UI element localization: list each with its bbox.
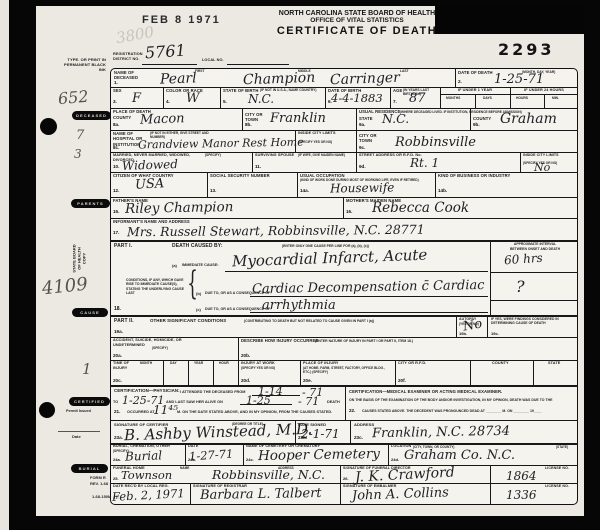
location-value: Graham Co. N.C. [404, 449, 515, 462]
divider-line [487, 315, 488, 337]
day-header: DAY [170, 361, 177, 365]
tab-deceased: DECEASED [72, 111, 111, 120]
funeral-home-name: Townson [121, 470, 172, 482]
divider-line [240, 404, 292, 405]
pod-county-label: COUNTY [113, 115, 131, 120]
occupation-item: 14a. [300, 189, 309, 194]
divider-line [58, 431, 100, 432]
permit-issued-label: Permit Issued [66, 409, 91, 414]
occurred-rest-text: M. ON THE DATE STATED ABOVE, AND IN MY O… [177, 410, 339, 415]
cause-b-value: Cardiac Decompensation c̄ Cardiac [252, 279, 485, 296]
accident-item: 20a. [113, 354, 122, 359]
divider-line [345, 385, 346, 420]
signature-certifier-item: 23a. [114, 436, 123, 441]
sex-item: 3. [113, 100, 117, 105]
res-city-value: Robbinsville [395, 136, 476, 149]
father-item: 15. [113, 210, 119, 215]
under-24-hours-label: IF UNDER 24 HOURS [510, 88, 578, 93]
res-street-value: Rt. 1 [410, 157, 439, 169]
date-of-death-item: 2. [458, 80, 462, 85]
res-state-label: STATE [359, 116, 373, 121]
license2-value: 1336 [506, 489, 537, 501]
divider-line [470, 360, 471, 385]
divider-line [110, 197, 578, 198]
race-value: W [186, 92, 199, 105]
registrar-signature: Barbara L. Talbert [200, 487, 322, 502]
divider-line [300, 360, 301, 385]
age-value: 87 [409, 92, 426, 105]
autopsy-value: No [462, 317, 483, 333]
death-caused-by-label: DEATH CAUSED BY: [172, 243, 223, 250]
date-of-birth-value: 4-4-1883 [331, 93, 383, 105]
tab-cause: CAUSE [72, 308, 108, 317]
death-word: DEATH [327, 400, 340, 405]
pencil-number-7: 7 [76, 129, 84, 142]
cause-item: 18. [114, 307, 121, 312]
divider-line [455, 68, 456, 87]
race-item: 4. [166, 100, 170, 105]
res-county-value: Graham [500, 112, 557, 126]
citizen-value: USA [135, 177, 165, 192]
industry-item: 14b. [438, 189, 447, 194]
embalmer-signature: John A. Collins [352, 486, 449, 502]
spouse-sub: (IF WIFE, GIVE MAIDEN NAME) [298, 153, 345, 157]
form-ref: REV. 1-68 [90, 481, 108, 486]
res-state-item: 9a. [359, 123, 365, 128]
spouse-label: SURVIVING SPOUSE [255, 153, 294, 158]
res-city-label: CITY OR TOWN [359, 133, 381, 144]
conditions-note: CONDITIONS, IF ANY, WHICH GAVE RISE TO I… [126, 278, 184, 295]
time-of-injury-item: 20c. [113, 379, 122, 384]
divider-line [213, 360, 214, 385]
divider-line [388, 443, 389, 465]
pencil-number-1: 1 [82, 362, 92, 377]
form-ref: FORM R [90, 475, 106, 480]
occupation-value: Housewife [330, 181, 395, 194]
interval-b-value: ? [516, 279, 525, 295]
describe-injury-label: DESCRIBE HOW INJURY OCCURRED [241, 338, 318, 343]
hospital-value: Grandview Manor Rest Home [138, 137, 304, 151]
divider-line [142, 64, 197, 65]
months-header: MONTHS [446, 96, 460, 100]
findings-item: 19c. [491, 332, 499, 336]
divider-line [544, 94, 545, 108]
injury-city-item: 20f. [398, 379, 406, 384]
marital-sub: (SPECIFY) [205, 153, 221, 157]
mother-item: 16. [346, 210, 352, 215]
divider-line [163, 87, 164, 108]
divider-line [110, 420, 578, 421]
last-header: LAST [400, 69, 409, 73]
received-date-stamp: FEB 8 1971 [142, 14, 221, 26]
certifier-address-value: Franklin, N.C. 28734 [372, 425, 510, 440]
pod-county-value: Macon [140, 112, 185, 127]
pod-limits-label: INSIDE CITY LIMITS [298, 131, 340, 136]
death-certificate-scan: FEB 8 1971 3800 REGISTRATION DISTRICT NO… [0, 0, 600, 530]
divider-line [297, 172, 298, 197]
marital-item: 10. [113, 165, 119, 170]
location-item: 24d. [391, 458, 399, 462]
divider-line [110, 443, 578, 445]
state-board-copy-label: STATE BOARD OF HEALTH COPY [72, 240, 87, 278]
divider-line [491, 272, 578, 273]
form-header: NORTH CAROLINA STATE BOARD OF HEALTH OFF… [262, 10, 452, 37]
accident-sub: (SPECIFY) [152, 346, 168, 350]
pod-city-value: Franklin [270, 112, 326, 125]
page-title: CERTIFICATE OF DEATH [262, 25, 452, 37]
res-state-value: N.C. [382, 113, 409, 126]
divider-line [190, 483, 191, 505]
date-of-death-label: DATE OF DEATH [458, 70, 493, 75]
license1-value: 1864 [506, 470, 537, 482]
sex-label: SEX [113, 88, 122, 93]
form-ref: 1-68-150M [92, 494, 111, 499]
res-city-item: 9c. [359, 146, 365, 151]
industry-label: KIND OF BUSINESS OR INDUSTRY [438, 173, 510, 178]
divider-line [490, 240, 491, 315]
res-county-label: COUNTY [473, 116, 491, 121]
mother-value: Rebecca Cook [372, 202, 469, 216]
divider-line [243, 443, 244, 465]
scan-artifact-block [435, 6, 584, 34]
other-conditions-label: OTHER SIGNIFICANT CONDITIONS [150, 318, 226, 324]
pencil-number-652: 652 [57, 89, 89, 108]
divider-line [440, 94, 578, 95]
cause-a-tag: (a) [172, 263, 177, 268]
divider-line [185, 443, 186, 465]
cause-b-value-2: arrhythmia [262, 299, 336, 312]
pod-limits-sub: (SPECIFY YES OR NO) [298, 140, 340, 144]
divider-line [395, 360, 396, 385]
registration-district-label2: DISTRICT NO. [113, 57, 140, 62]
under-1-year-label: IF UNDER 1 YEAR [440, 88, 510, 93]
ssn-label: SOCIAL SECURITY NUMBER [210, 173, 270, 178]
spouse-item: 11. [255, 165, 261, 170]
divider-line [490, 465, 491, 505]
res-limits-label: INSIDE CITY LIMITS [523, 153, 565, 158]
divider-line [340, 465, 341, 505]
burial-date-value: 1-27-71 [189, 448, 234, 463]
scanner-edge [0, 0, 9, 530]
pod-city-item: 8b. [245, 123, 252, 128]
time-of-injury-label: TIME OF INJURY [113, 361, 137, 371]
cemetery-item: 24c. [246, 458, 254, 462]
findings-label: IF YES, WERE FINDINGS CONSIDERED IN DETE… [491, 317, 576, 326]
divider-line [533, 360, 534, 385]
age-item: 7. [393, 100, 397, 105]
pod-county-item: 8a. [113, 123, 119, 128]
last-saw-year: - 71 [298, 396, 319, 407]
due-to-label-c: DUE TO, OR AS A CONSEQUENCE OF: [205, 307, 271, 311]
name-label: NAME OF DECEASED [114, 70, 154, 81]
res-limits-value: No [534, 162, 550, 173]
divider-line [435, 172, 436, 197]
divider-line [225, 271, 488, 272]
tab-certified: CERTIFIED [69, 397, 110, 406]
interval-header-1: APPROXIMATE INTERVAL [493, 242, 577, 246]
part2-item: 19a. [114, 330, 123, 335]
cause-c-tag: (c) [196, 307, 201, 312]
divider-line [163, 360, 164, 385]
pencil-number-4109: 4109 [41, 276, 88, 299]
date-signed-value: 2-1-71 [301, 428, 340, 440]
name-last-value: Carringer [330, 71, 400, 87]
state-of-birth-value: N.C. [248, 93, 274, 105]
cemetery-value: Hooper Cemetery [258, 448, 380, 464]
divider-line [343, 197, 344, 218]
part2-label: PART II. [114, 318, 134, 325]
divider-line [227, 64, 289, 65]
res-county-item: 9b. [473, 123, 480, 128]
divider-line [520, 152, 521, 172]
father-value: Riley Champion [125, 201, 234, 216]
occurred-time-value: 11⁴⁵ [153, 404, 178, 416]
interval-a-value: 60 hrs [504, 252, 543, 267]
injury-state-label: STATE [548, 361, 560, 366]
funeral-name-header: NAME [180, 466, 189, 470]
funeral-director-item: 26. [343, 477, 349, 481]
certification-physician-header: CERTIFICATION—PHYSICIAN: [114, 388, 180, 394]
certificate-number-stamp: 2293 [498, 40, 555, 59]
divider-line [350, 420, 351, 443]
cause-b-tag: (b) [196, 291, 201, 296]
pencil-number-3: 3 [74, 148, 82, 160]
age-label: AGE [393, 88, 402, 93]
local-no-label: LOCAL NO. [202, 58, 224, 63]
date-of-death-value: 1-25-71 [494, 73, 544, 86]
me-line1: ON THE BASIS OF THE EXAMINATION OF THE B… [349, 398, 575, 402]
divider-line [110, 385, 578, 387]
part1-label: PART I. [114, 243, 132, 250]
copy-label-line: COPY [82, 240, 87, 278]
hole-punch-top [40, 118, 57, 135]
informant-item: 17. [113, 231, 119, 236]
marital-value: Widowed [122, 158, 178, 172]
item-22: 22. [349, 409, 355, 414]
certification-me-header: CERTIFICATION—MEDICAL EXAMINER OR ACTING… [349, 389, 502, 394]
office-title: OFFICE OF VITAL STATISTICS [262, 17, 452, 24]
divider-line [252, 152, 253, 172]
me-line2: CAUSES STATED ABOVE. THE DECEDENT WAS PR… [362, 409, 574, 413]
divider-line [188, 360, 189, 385]
citizen-item: 12. [113, 189, 119, 194]
divider-line [475, 94, 476, 108]
name-middle-value: Champion [243, 71, 316, 88]
informant-value: Mrs. Russell Stewart, Robbinsville, N.C.… [127, 224, 425, 239]
hospital-item: 8c. [113, 146, 119, 151]
brace-glyph: { [187, 264, 198, 303]
describe-injury-item: 20b. [241, 354, 250, 359]
to-word: TO [113, 400, 118, 405]
divider-line [456, 315, 457, 337]
divider-line [220, 87, 221, 108]
injury-at-work-sub: (SPECIFY YES OR NO) [241, 366, 275, 370]
item-21: 21. [114, 410, 120, 415]
hour-header: HOUR [219, 361, 229, 365]
certifier-address-item: 23c. [354, 436, 363, 441]
min-header: MIN. [552, 96, 559, 100]
board-title: NORTH CAROLINA STATE BOARD OF HEALTH [262, 10, 452, 17]
hole-punch-bottom [39, 402, 55, 418]
divider-line [207, 172, 208, 197]
injury-at-work-item: 20d. [241, 379, 250, 384]
divider-line [356, 108, 357, 172]
sex-value: F [132, 92, 141, 105]
license2-label: LICENSE NO. [545, 484, 569, 489]
type-print-note: TYPE. OR PRINT IN PERMANENT BLACK INK [58, 57, 106, 73]
res-street-item: 9d. [359, 165, 366, 170]
divider-line [242, 108, 243, 130]
tab-burial: BURIAL [71, 464, 108, 473]
place-of-injury-item: 20e. [303, 379, 312, 384]
occurred-at-text: OCCURRED AT [127, 410, 155, 415]
tab-parents: PARENTS [71, 199, 110, 208]
ssn-item: 13. [210, 189, 216, 194]
injury-city-label: CITY OR R.F.D. [398, 361, 426, 366]
month-header: MONTH [140, 361, 152, 365]
registration-district-value: 5761 [144, 43, 186, 62]
date-word-label: Date [72, 434, 81, 439]
burial-value: Burial [125, 449, 163, 462]
year-header: YEAR [194, 361, 203, 365]
name-first-value: Pearl [160, 71, 197, 86]
burial-item: 24a. [113, 458, 121, 462]
place-of-injury-sub: (AT HOME, FARM, STREET, FACTORY, OFFICE … [303, 366, 391, 374]
divider-line [238, 337, 239, 385]
attended-text: I ATTENDED THE DECEASED FROM [180, 390, 245, 395]
state-of-birth-item: 5. [223, 100, 227, 105]
divider-line [325, 87, 326, 108]
funeral-home-item: 25. [113, 477, 119, 481]
name-item: 1. [114, 81, 118, 86]
hours-header: HOURS [516, 96, 528, 100]
divider-line [390, 87, 391, 108]
divider-line [491, 300, 578, 301]
other-conditions-sub: (CONTRIBUTING TO DEATH BUT NOT RELATED T… [244, 319, 374, 323]
license1-label: LICENSE NO. [545, 466, 569, 471]
describe-injury-sub: (ENTER NATURE OF INJURY IN PART I OR PAR… [315, 339, 413, 343]
location-state-sub: (STATE) [556, 445, 568, 449]
days-header: DAYS [483, 96, 492, 100]
injury-county-label: COUNTY [492, 361, 509, 366]
funeral-home-address: Robbinsville, N.C. [212, 469, 325, 482]
